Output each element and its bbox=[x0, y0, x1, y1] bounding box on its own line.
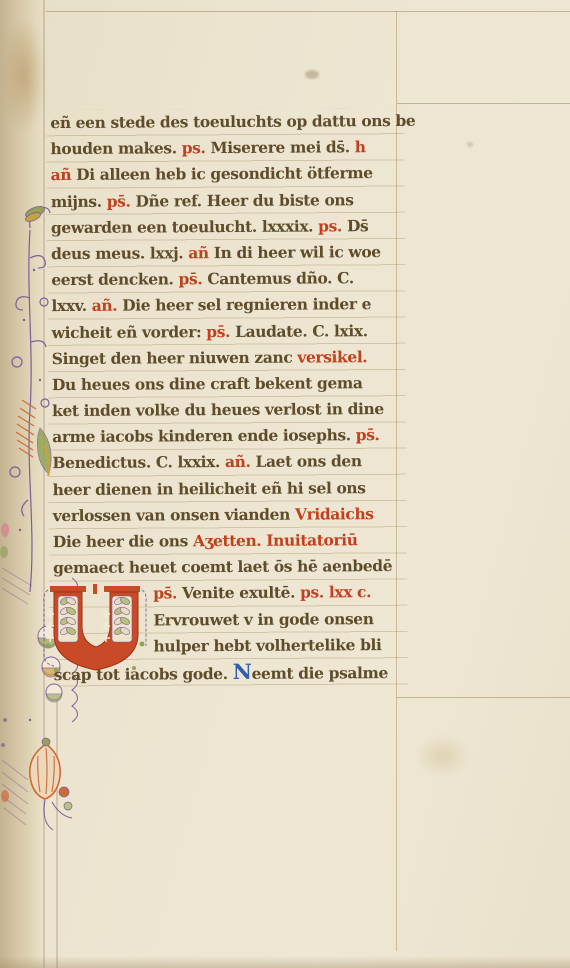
facing-page-ornament-fragments bbox=[0, 523, 9, 802]
rubric-segment: ps. bbox=[318, 216, 347, 235]
top-leaf bbox=[24, 204, 46, 223]
text-segment: Die heer die ons bbox=[53, 531, 193, 551]
blue-initial-N: N bbox=[233, 659, 252, 684]
text-line: Benedictus. C. lxxix. añ. Laet ons den bbox=[52, 448, 408, 476]
text-line: houden makes. ps. Miserere mei ds̄. h bbox=[50, 134, 406, 162]
text-segment: Laudate. C. lxix. bbox=[235, 321, 368, 341]
parchment-stain-lower bbox=[415, 735, 470, 777]
text-line: heer dienen in heilicheit eñ hi sel ons bbox=[52, 475, 408, 503]
text-segment: Die heer sel regnieren inder e bbox=[122, 294, 371, 315]
parchment-stain-top bbox=[2, 15, 46, 135]
rubric-segment: añ bbox=[188, 243, 214, 262]
parchment-speck bbox=[305, 70, 319, 79]
text-line: deus meus. lxxj. añ In di heer wil ic wo… bbox=[51, 239, 407, 267]
text-segment: hulper hebt volhertelike bli bbox=[153, 635, 381, 655]
text-line: verlossen van onsen vianden Vridaichs bbox=[53, 501, 409, 529]
text-segment: gemaect heuet coemt laet ōs hē aenbedē bbox=[53, 556, 392, 577]
text-segment: Di alleen heb ic gesondicht ötferme bbox=[76, 163, 373, 184]
text-segment: arme iacobs kinderen ende iosephs. bbox=[52, 425, 356, 446]
rubric-segment: ps̄. bbox=[178, 269, 207, 288]
text-segment: verlossen van onsen vianden bbox=[53, 504, 295, 524]
text-line: añ Di alleen heb ic gesondicht ötferme bbox=[51, 160, 407, 188]
manuscript-page-photo: eñ een stede des toeuluchts op dattu ons… bbox=[0, 0, 570, 968]
text-line: wicheit eñ vorder: ps̄. Laudate. C. lxix… bbox=[52, 317, 408, 345]
text-line: Du heues ons dine craft bekent gema bbox=[52, 370, 408, 398]
ruling-line-textblock-bottom-right bbox=[397, 697, 570, 698]
text-line: gemaect heuet coemt laet ōs hē aenbedē bbox=[53, 553, 409, 581]
text-line: Ervrouwet v in gode onsen bbox=[53, 605, 409, 633]
text-segment: Cantemus dño. C. bbox=[207, 268, 354, 288]
rubric-segment: añ bbox=[51, 165, 77, 184]
text-segment: Du heues ons dine craft bekent gema bbox=[52, 373, 363, 394]
rubric-segment: Vridaichs bbox=[295, 504, 374, 523]
ruling-line-top bbox=[46, 11, 570, 12]
feather-leaf bbox=[16, 400, 36, 457]
rubric-segment: ps. lxx c. bbox=[300, 583, 371, 602]
bottom-bud-ornament bbox=[30, 738, 72, 830]
rubric-segment: ps̄. bbox=[107, 191, 136, 210]
rubric-segment: Aʒetten. Inuitatoriū bbox=[193, 530, 358, 550]
text-line: ps̄. Venite exultē. ps. lxx c. bbox=[53, 579, 409, 607]
rubric-segment: ps. bbox=[182, 138, 211, 157]
text-line: Die heer die ons Aʒetten. Inuitatoriū bbox=[53, 527, 409, 555]
text-line: eerst dencken. ps̄. Cantemus dño. C. bbox=[51, 265, 407, 293]
text-segment: Ds̄ bbox=[347, 216, 368, 235]
text-line: scap tot iacobs gode. Neemt die psalme bbox=[54, 658, 410, 686]
text-segment: mijns. bbox=[51, 191, 107, 210]
parchment-speck bbox=[467, 142, 473, 147]
text-segment: houden makes. bbox=[50, 138, 181, 158]
text-segment: Dñe ref. Heer du biste ons bbox=[135, 190, 353, 210]
text-segment: ket inden volke du heues verlost in dine bbox=[52, 399, 384, 420]
rubric-segment: ps̄. bbox=[153, 584, 182, 603]
rubric-segment: añ. bbox=[92, 296, 123, 315]
text-segment: scap tot iacobs gode. bbox=[54, 664, 233, 684]
text-line: mijns. ps̄. Dñe ref. Heer du biste ons bbox=[51, 186, 407, 214]
text-segment: In di heer wil ic woe bbox=[214, 242, 381, 262]
text-segment: heer dienen in heilicheit eñ hi sel ons bbox=[53, 478, 366, 499]
text-segment: gewarden een toeulucht. lxxxix. bbox=[51, 216, 318, 237]
text-segment: Singet den heer niuwen zanc bbox=[52, 347, 298, 367]
page-bottom-edge-shadow bbox=[0, 956, 570, 968]
text-segment: Benedictus. C. lxxix. bbox=[52, 452, 225, 472]
text-segment: eerst dencken. bbox=[51, 269, 178, 289]
hatch-lines bbox=[2, 568, 32, 825]
text-line: hulper hebt volhertelike bli bbox=[53, 632, 409, 660]
rubric-segment: ps̄. bbox=[356, 425, 380, 444]
ruling-line-textblock-top-right bbox=[397, 103, 570, 104]
text-block: eñ een stede des toeuluchts op dattu ons… bbox=[50, 108, 410, 686]
text-line: arme iacobs kinderen ende iosephs. ps̄. bbox=[52, 422, 408, 450]
text-segment: eñ een stede des toeuluchts op dattu ons… bbox=[50, 111, 415, 132]
text-line: Singet den heer niuwen zanc versikel. bbox=[52, 344, 408, 372]
text-line: gewarden een toeulucht. lxxxix. ps. Ds̄ bbox=[51, 213, 407, 241]
rubric-segment: h bbox=[355, 137, 366, 156]
text-segment: Laet ons den bbox=[255, 452, 361, 472]
rubric-segment: añ. bbox=[225, 452, 256, 471]
text-segment: wicheit eñ vorder: bbox=[52, 322, 207, 342]
rubric-segment: versikel. bbox=[297, 347, 367, 366]
text-segment: eemt die psalme bbox=[251, 663, 388, 683]
text-segment: Ervrouwet v in gode onsen bbox=[153, 609, 373, 629]
text-segment: Miserere mei ds̄. bbox=[210, 137, 354, 157]
text-line: ket inden volke du heues verlost in dine bbox=[52, 396, 408, 424]
penwork-stem bbox=[10, 208, 50, 592]
text-line: lxxv. añ. Die heer sel regnieren inder e bbox=[51, 291, 407, 319]
text-segment: lxxv. bbox=[51, 296, 91, 315]
rubric-segment: ps̄. bbox=[206, 321, 235, 340]
text-segment: deus meus. lxxj. bbox=[51, 243, 188, 263]
text-line: eñ een stede des toeuluchts op dattu ons… bbox=[50, 108, 406, 136]
text-segment: Venite exultē. bbox=[182, 583, 300, 603]
